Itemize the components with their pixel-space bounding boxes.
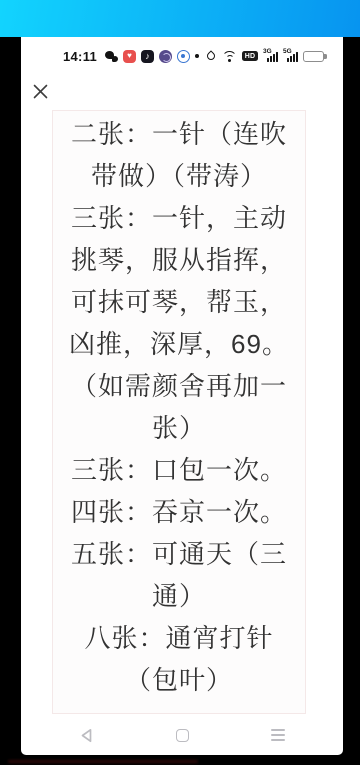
home-icon	[176, 729, 189, 742]
camera-app-icon	[177, 50, 190, 63]
more-notifications-dot	[195, 54, 199, 58]
system-status-icons: HD 3G 5G	[205, 49, 327, 63]
notification-icons: ♥ ♪	[105, 50, 199, 63]
text-line: （包叶）	[53, 659, 305, 701]
close-icon	[33, 84, 48, 99]
text-line: 张）	[53, 407, 305, 449]
text-line: （如需颜舍再加一	[53, 365, 305, 407]
text-block: 二张：一针（连吹 带做）（带涛） 三张：一针，主动 挑琴，服从指挥， 可抹可琴，…	[53, 111, 305, 701]
hd-voice-icon: HD	[242, 51, 258, 61]
top-blue-banner	[0, 0, 360, 37]
text-line: 挑琴，服从指挥，	[53, 239, 305, 281]
text-line: 通）	[53, 575, 305, 617]
clock: 14:11	[63, 49, 97, 64]
phone-screenshot: 14:11 ♥ ♪ HD 3G 5G	[0, 0, 360, 765]
purple-app-icon	[159, 50, 172, 63]
text-line: 八张：通宵打针	[53, 617, 305, 659]
phone-screen: 14:11 ♥ ♪ HD 3G 5G	[21, 37, 343, 755]
text-line: 三张：口包一次。	[53, 449, 305, 491]
sim1-signal-icon: 3G	[263, 49, 278, 63]
viewed-image[interactable]: 二张：一针（连吹 带做）（带涛） 三张：一针，主动 挑琴，服从指挥， 可抹可琴，…	[52, 110, 306, 714]
back-icon	[80, 728, 93, 743]
bottom-edge-smudge	[8, 760, 198, 763]
battery-icon	[303, 51, 324, 62]
sim2-signal-icon: 5G	[283, 49, 298, 63]
heart-glyph: ♥	[127, 52, 132, 60]
music-app-icon: ♪	[141, 50, 154, 63]
back-button[interactable]	[77, 726, 95, 744]
recents-icon	[271, 729, 285, 740]
music-note-glyph: ♪	[145, 52, 150, 61]
text-line: 三张：一针，主动	[53, 197, 305, 239]
text-line: 四张：吞京一次。	[53, 491, 305, 533]
text-line: 带做）（带涛）	[53, 155, 305, 197]
status-bar: 14:11 ♥ ♪ HD 3G 5G	[21, 46, 343, 66]
wifi-icon	[222, 50, 237, 62]
text-line: 可抹可琴，帮玉，	[53, 281, 305, 323]
heart-app-icon: ♥	[123, 50, 136, 63]
recents-button[interactable]	[269, 726, 287, 744]
battery-nub	[324, 54, 326, 59]
chat-app-icon	[105, 51, 118, 62]
text-line: 二张：一针（连吹	[53, 113, 305, 155]
water-drop-icon	[205, 50, 216, 61]
text-line: 凶推，深厚，69。	[53, 323, 305, 365]
home-button[interactable]	[173, 726, 191, 744]
close-button[interactable]	[30, 81, 50, 101]
android-nav-bar	[21, 726, 343, 744]
text-line: 五张：可通天（三	[53, 533, 305, 575]
